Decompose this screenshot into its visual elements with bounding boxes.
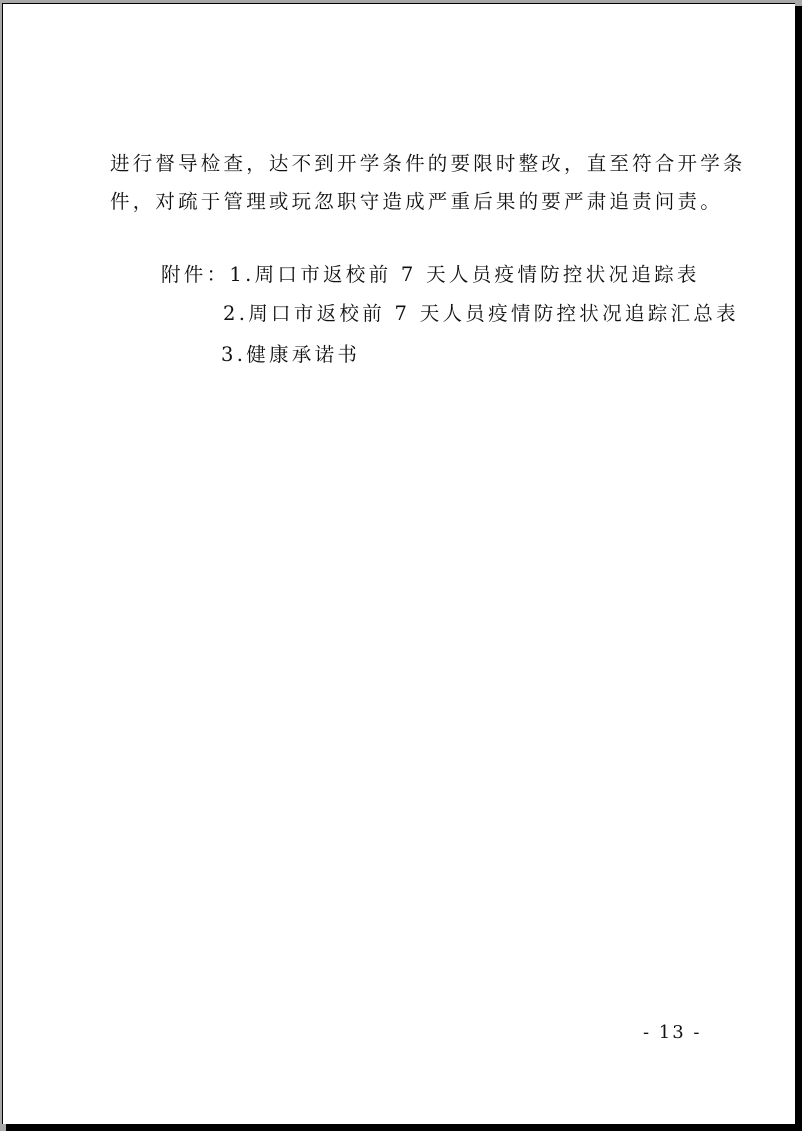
attachment-item-1: 附件：1.周口市返校前 7 天人员疫情防控状况追踪表: [161, 263, 700, 287]
body-text-line-1: 进行督导检查，达不到开学条件的要限时整改，直至符合开学条: [110, 152, 746, 176]
attachment-1-text: 1.周口市返校前 7 天人员疫情防控状况追踪表: [229, 263, 699, 286]
attachment-item-3: 3.健康承诺书: [221, 343, 360, 367]
attachments-label: 附件：: [161, 263, 229, 286]
page-number: - 13 -: [643, 1022, 702, 1043]
attachment-item-2: 2.周口市返校前 7 天人员疫情防控状况追踪汇总表: [223, 302, 739, 326]
body-text-line-2: 件，对疏于管理或玩忽职守造成严重后果的要严肃追责问责。: [110, 190, 723, 214]
document-page: 进行督导检查，达不到开学条件的要限时整改，直至符合开学条 件，对疏于管理或玩忽职…: [2, 3, 795, 1124]
